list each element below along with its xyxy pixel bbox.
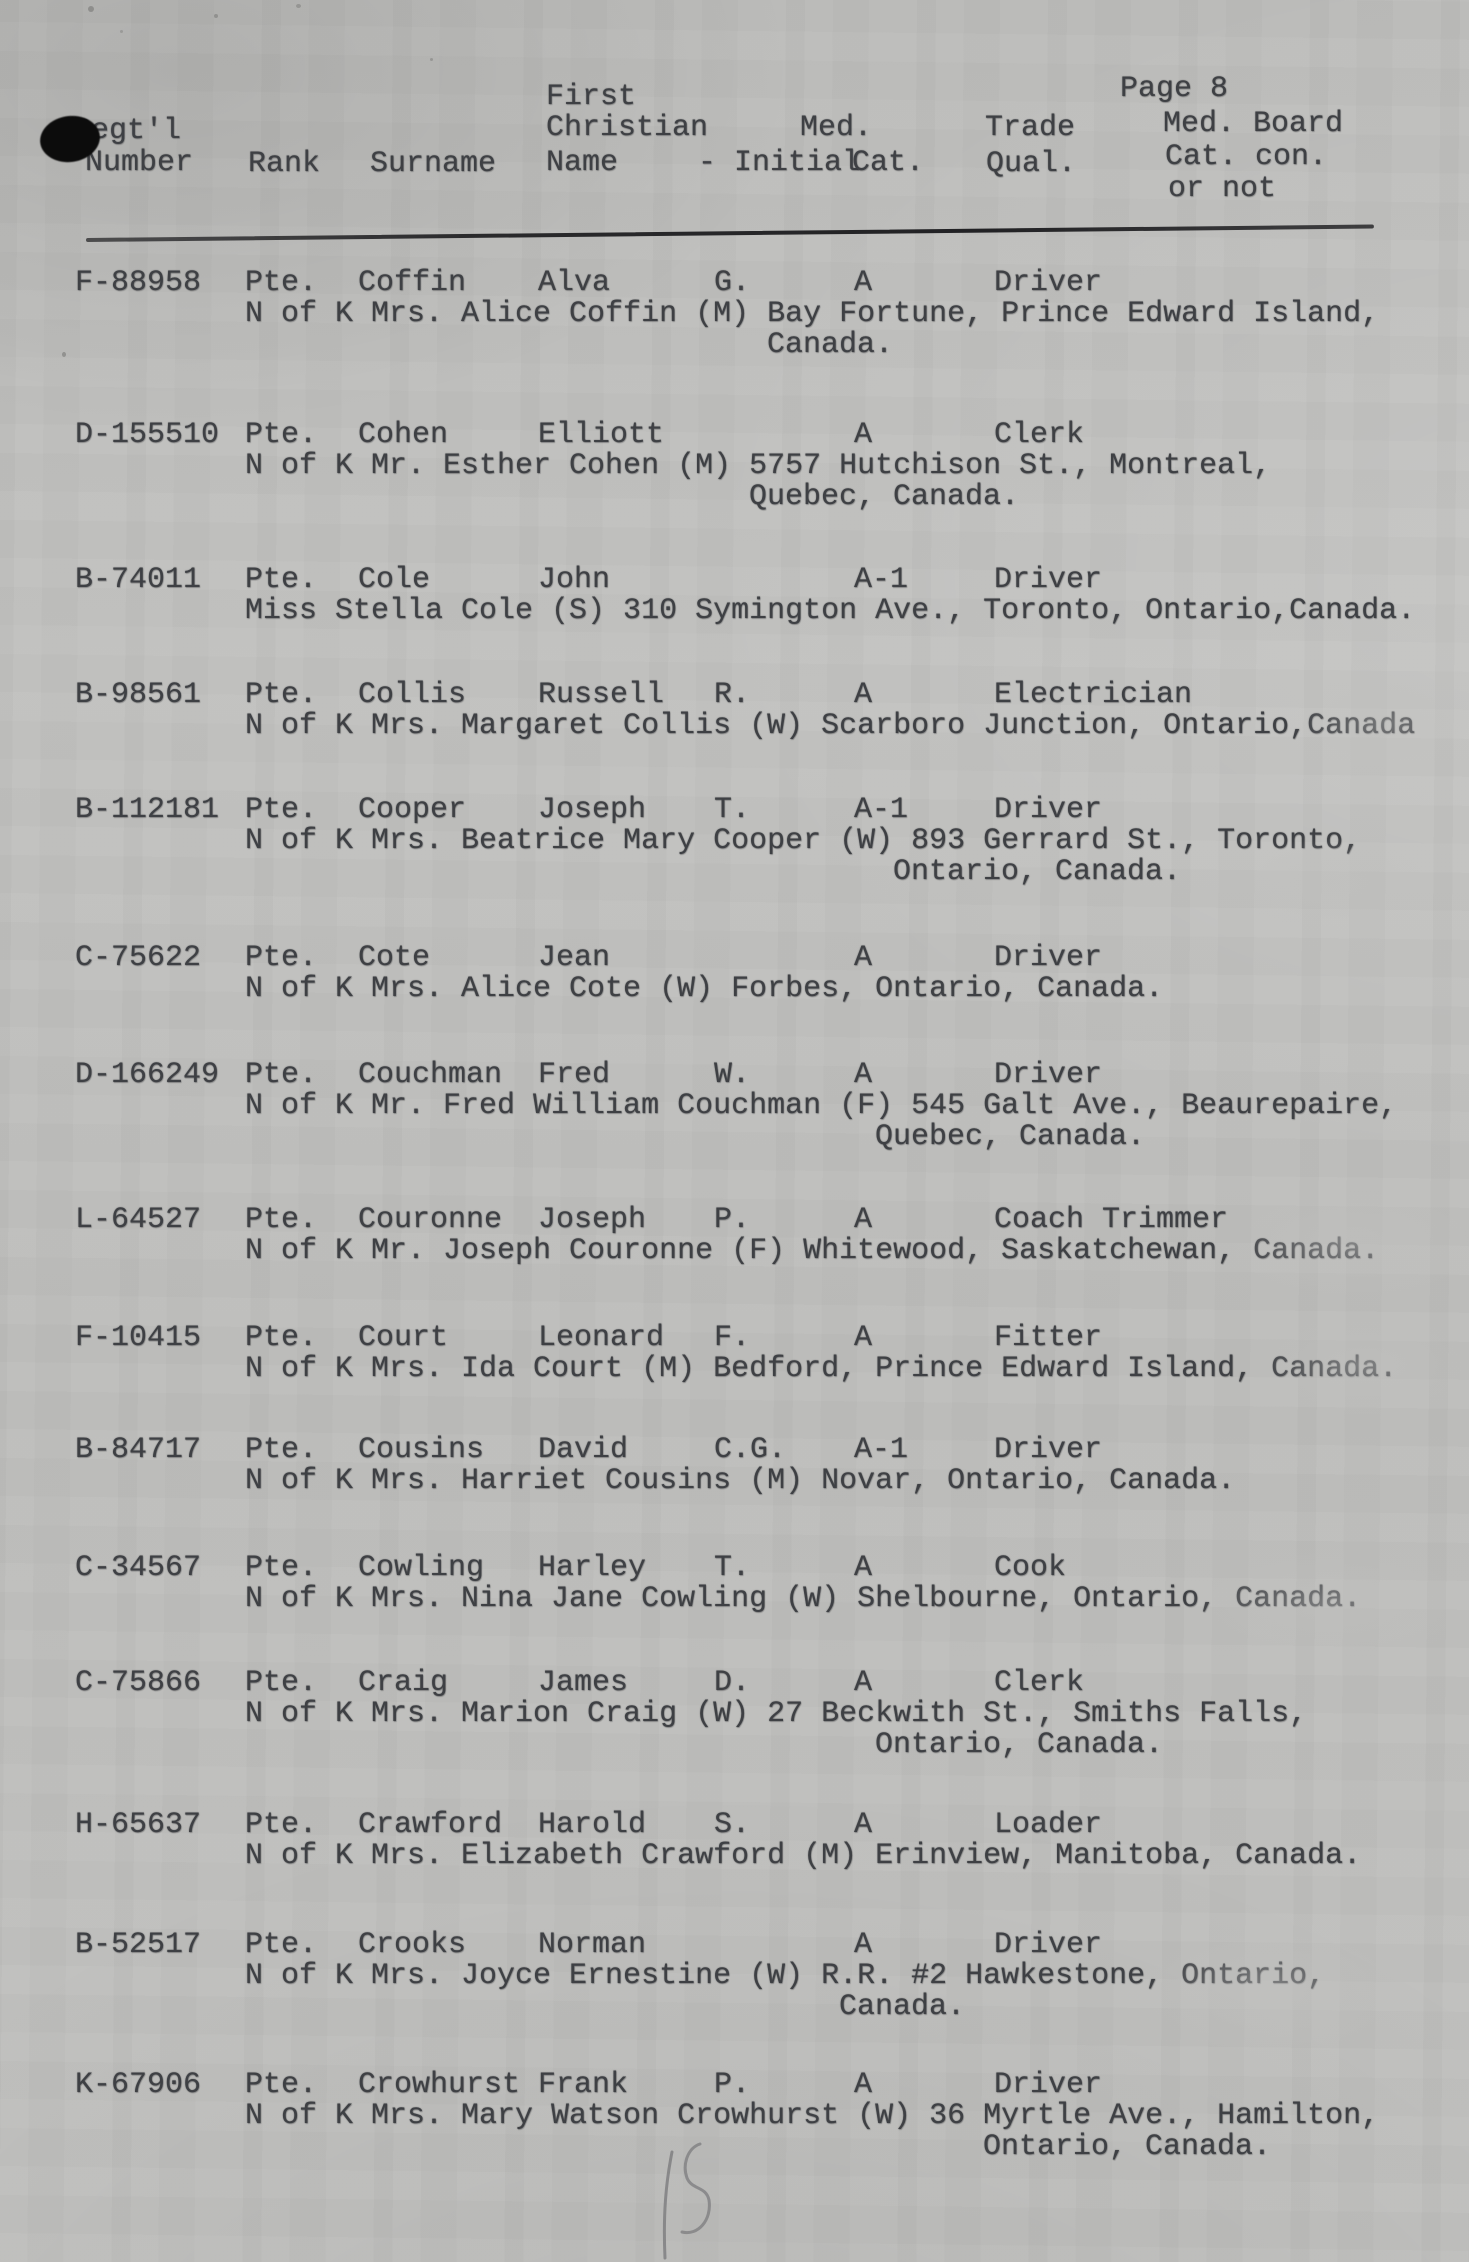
record-med-cat: A-1 <box>854 565 994 596</box>
personnel-record-list: F-88958Pte.CoffinAlvaG.ADriverN of K Mrs… <box>0 0 1469 2262</box>
record-trade: Fitter <box>994 1323 1102 1354</box>
record-first-name: Frank <box>538 2070 714 2101</box>
record-nok-line: Miss Stella Cole (S) 310 Symington Ave.,… <box>75 596 1469 627</box>
record-rank: Pte. <box>245 1323 358 1354</box>
record-first-name: Joseph <box>538 1205 714 1236</box>
record-nok-line: N of K Mr. Esther Cohen (M) 5757 Hutchis… <box>75 451 1469 482</box>
record-nok-line: N of K Mrs. Elizabeth Crawford (M) Erinv… <box>75 1841 1469 1872</box>
record-number: C-75622 <box>75 943 245 974</box>
record-med-cat: A <box>854 1668 994 1699</box>
scanned-document: { "page": { "page_label": "Page 8", "hea… <box>0 0 1469 2262</box>
record-nok-line: N of K Mr. Joseph Couronne (F) Whitewood… <box>75 1236 1469 1267</box>
scanned-page: Page 8 First Christian Med. Trade Med. B… <box>0 0 1469 2262</box>
record-first-name: Leonard <box>538 1323 714 1354</box>
record-med-cat: A <box>854 680 994 711</box>
record-entry: C-75622Pte.CoteJeanADriverN of K Mrs. Al… <box>75 943 1469 1005</box>
record-surname: Coffin <box>358 268 538 299</box>
record-initial: T. <box>714 795 854 826</box>
record-surname: Crowhurst <box>358 2070 538 2101</box>
record-initial: P. <box>714 1205 854 1236</box>
record-nok-line: N of K Mrs. Alice Cote (W) Forbes, Ontar… <box>75 974 1469 1005</box>
record-nok-line: Ontario, Canada. <box>75 1730 1469 1761</box>
record-entry: D-155510Pte.CohenElliottAClerkN of K Mr.… <box>75 420 1469 513</box>
record-entry: B-98561Pte.CollisRussellR.AElectricianN … <box>75 680 1469 742</box>
record-number: B-98561 <box>75 680 245 711</box>
record-initial: S. <box>714 1810 854 1841</box>
record-number: K-67906 <box>75 2070 245 2101</box>
record-main-line: B-112181Pte.CooperJosephT.A-1Driver <box>75 795 1469 826</box>
typed-text-layer: Page 8 First Christian Med. Trade Med. B… <box>0 0 1469 2262</box>
record-main-line: B-84717Pte.CousinsDavidC.G.A-1Driver <box>75 1435 1469 1466</box>
record-surname: Cooper <box>358 795 538 826</box>
record-nok-line: N of K Mrs. Margaret Collis (W) Scarboro… <box>75 711 1469 742</box>
record-surname: Craig <box>358 1668 538 1699</box>
record-initial: D. <box>714 1668 854 1699</box>
record-surname: Cowling <box>358 1553 538 1584</box>
record-rank: Pte. <box>245 680 358 711</box>
record-nok-line: Ontario, Canada. <box>75 857 1469 888</box>
record-entry: B-74011Pte.ColeJohnA-1DriverMiss Stella … <box>75 565 1469 627</box>
record-main-line: K-67906Pte.CrowhurstFrankP.ADriver <box>75 2070 1469 2101</box>
record-initial: P. <box>714 2070 854 2101</box>
record-entry: B-52517Pte.CrooksNormanADriverN of K Mrs… <box>75 1930 1469 2023</box>
record-rank: Pte. <box>245 1668 358 1699</box>
record-med-cat: A <box>854 1810 994 1841</box>
record-trade: Driver <box>994 1435 1102 1466</box>
record-rank: Pte. <box>245 1930 358 1961</box>
record-trade: Driver <box>994 565 1102 596</box>
scan-speck <box>120 30 123 33</box>
record-entry: F-10415Pte.CourtLeonardF.AFitterN of K M… <box>75 1323 1469 1385</box>
record-first-name: Russell <box>538 680 714 711</box>
record-main-line: C-75622Pte.CoteJeanADriver <box>75 943 1469 974</box>
record-main-line: D-166249Pte.CouchmanFredW.ADriver <box>75 1060 1469 1091</box>
record-trade: Loader <box>994 1810 1102 1841</box>
record-med-cat: A <box>854 268 994 299</box>
record-med-cat: A <box>854 1930 994 1961</box>
record-main-line: D-155510Pte.CohenElliottAClerk <box>75 420 1469 451</box>
record-nok-line: N of K Mrs. Ida Court (M) Bedford, Princ… <box>75 1354 1469 1385</box>
record-initial: R. <box>714 680 854 711</box>
record-first-name: Harley <box>538 1553 714 1584</box>
record-rank: Pte. <box>245 565 358 596</box>
record-med-cat: A <box>854 1060 994 1091</box>
record-rank: Pte. <box>245 1060 358 1091</box>
record-entry: B-84717Pte.CousinsDavidC.G.A-1DriverN of… <box>75 1435 1469 1497</box>
record-nok-line: N of K Mrs. Joyce Ernestine (W) R.R. #2 … <box>75 1961 1469 1992</box>
record-entry: C-75866Pte.CraigJamesD.AClerkN of K Mrs.… <box>75 1668 1469 1761</box>
record-number: B-112181 <box>75 795 245 826</box>
record-number: D-155510 <box>75 420 245 451</box>
record-rank: Pte. <box>245 795 358 826</box>
record-surname: Couronne <box>358 1205 538 1236</box>
record-surname: Crawford <box>358 1810 538 1841</box>
scan-speck <box>88 6 94 12</box>
record-rank: Pte. <box>245 943 358 974</box>
record-entry: C-34567Pte.CowlingHarleyT.ACookN of K Mr… <box>75 1553 1469 1615</box>
record-entry: L-64527Pte.CouronneJosephP.ACoach Trimme… <box>75 1205 1469 1267</box>
record-trade: Driver <box>994 795 1102 826</box>
record-rank: Pte. <box>245 420 358 451</box>
record-nok-line: Canada. <box>75 330 1469 361</box>
record-med-cat: A <box>854 420 994 451</box>
record-surname: Court <box>358 1323 538 1354</box>
record-surname: Couchman <box>358 1060 538 1091</box>
record-nok-line: N of K Mrs. Beatrice Mary Cooper (W) 893… <box>75 826 1469 857</box>
record-number: B-84717 <box>75 1435 245 1466</box>
record-nok-line: Ontario, Canada. <box>75 2132 1469 2163</box>
record-entry: F-88958Pte.CoffinAlvaG.ADriverN of K Mrs… <box>75 268 1469 361</box>
record-first-name: James <box>538 1668 714 1699</box>
record-first-name: Norman <box>538 1930 714 1961</box>
record-first-name: Elliott <box>538 420 714 451</box>
record-rank: Pte. <box>245 2070 358 2101</box>
record-number: L-64527 <box>75 1205 245 1236</box>
record-trade: Cook <box>994 1553 1066 1584</box>
record-med-cat: A <box>854 1205 994 1236</box>
record-trade: Driver <box>994 2070 1102 2101</box>
record-med-cat: A <box>854 943 994 974</box>
record-main-line: B-98561Pte.CollisRussellR.AElectrician <box>75 680 1469 711</box>
record-nok-line: Canada. <box>75 1992 1469 2023</box>
record-first-name: Harold <box>538 1810 714 1841</box>
record-first-name: Jean <box>538 943 714 974</box>
record-rank: Pte. <box>245 1810 358 1841</box>
scan-speck <box>214 14 218 18</box>
scan-speck <box>430 58 433 61</box>
record-main-line: B-74011Pte.ColeJohnA-1Driver <box>75 565 1469 596</box>
record-rank: Pte. <box>245 268 358 299</box>
record-trade: Electrician <box>994 680 1192 711</box>
record-nok-line: Quebec, Canada. <box>75 1122 1469 1153</box>
record-trade: Driver <box>994 1930 1102 1961</box>
record-main-line: B-52517Pte.CrooksNormanADriver <box>75 1930 1469 1961</box>
record-nok-line: N of K Mrs. Mary Watson Crowhurst (W) 36… <box>75 2101 1469 2132</box>
handwritten-pencil-mark <box>630 2138 740 2262</box>
record-main-line: C-34567Pte.CowlingHarleyT.ACook <box>75 1553 1469 1584</box>
record-surname: Cohen <box>358 420 538 451</box>
record-nok-line: Quebec, Canada. <box>75 482 1469 513</box>
record-nok-line: N of K Mrs. Nina Jane Cowling (W) Shelbo… <box>75 1584 1469 1615</box>
record-first-name: Alva <box>538 268 714 299</box>
record-main-line: C-75866Pte.CraigJamesD.AClerk <box>75 1668 1469 1699</box>
record-number: F-10415 <box>75 1323 245 1354</box>
record-surname: Cole <box>358 565 538 596</box>
record-initial: T. <box>714 1553 854 1584</box>
scan-speck <box>296 4 301 8</box>
record-trade: Clerk <box>994 1668 1084 1699</box>
record-initial: G. <box>714 268 854 299</box>
record-nok-line: N of K Mrs. Marion Craig (W) 27 Beckwith… <box>75 1699 1469 1730</box>
record-initial: W. <box>714 1060 854 1091</box>
record-rank: Pte. <box>245 1553 358 1584</box>
record-initial: F. <box>714 1323 854 1354</box>
record-trade: Driver <box>994 1060 1102 1091</box>
record-entry: B-112181Pte.CooperJosephT.A-1DriverN of … <box>75 795 1469 888</box>
record-first-name: John <box>538 565 714 596</box>
record-rank: Pte. <box>245 1435 358 1466</box>
record-nok-line: N of K Mr. Fred William Couchman (F) 545… <box>75 1091 1469 1122</box>
record-trade: Driver <box>994 268 1102 299</box>
record-trade: Driver <box>994 943 1102 974</box>
record-med-cat: A-1 <box>854 1435 994 1466</box>
record-med-cat: A <box>854 1323 994 1354</box>
record-surname: Collis <box>358 680 538 711</box>
record-first-name: Joseph <box>538 795 714 826</box>
record-nok-line: N of K Mrs. Alice Coffin (M) Bay Fortune… <box>75 299 1469 330</box>
record-nok-line: N of K Mrs. Harriet Cousins (M) Novar, O… <box>75 1466 1469 1497</box>
record-trade: Coach Trimmer <box>994 1205 1228 1236</box>
record-number: B-52517 <box>75 1930 245 1961</box>
record-med-cat: A <box>854 2070 994 2101</box>
record-entry: K-67906Pte.CrowhurstFrankP.ADriverN of K… <box>75 2070 1469 2163</box>
record-initial: C.G. <box>714 1435 854 1466</box>
record-rank: Pte. <box>245 1205 358 1236</box>
record-surname: Cote <box>358 943 538 974</box>
record-med-cat: A <box>854 1553 994 1584</box>
record-entry: D-166249Pte.CouchmanFredW.ADriverN of K … <box>75 1060 1469 1153</box>
record-med-cat: A-1 <box>854 795 994 826</box>
record-main-line: L-64527Pte.CouronneJosephP.ACoach Trimme… <box>75 1205 1469 1236</box>
record-number: B-74011 <box>75 565 245 596</box>
record-number: C-34567 <box>75 1553 245 1584</box>
record-number: H-65637 <box>75 1810 245 1841</box>
record-main-line: F-10415Pte.CourtLeonardF.AFitter <box>75 1323 1469 1354</box>
record-first-name: Fred <box>538 1060 714 1091</box>
record-surname: Crooks <box>358 1930 538 1961</box>
scan-speck <box>62 352 66 357</box>
record-main-line: H-65637Pte.CrawfordHaroldS.ALoader <box>75 1810 1469 1841</box>
record-surname: Cousins <box>358 1435 538 1466</box>
record-number: D-166249 <box>75 1060 245 1091</box>
record-main-line: F-88958Pte.CoffinAlvaG.ADriver <box>75 268 1469 299</box>
record-entry: H-65637Pte.CrawfordHaroldS.ALoaderN of K… <box>75 1810 1469 1872</box>
record-first-name: David <box>538 1435 714 1466</box>
record-number: C-75866 <box>75 1668 245 1699</box>
record-number: F-88958 <box>75 268 245 299</box>
record-trade: Clerk <box>994 420 1084 451</box>
